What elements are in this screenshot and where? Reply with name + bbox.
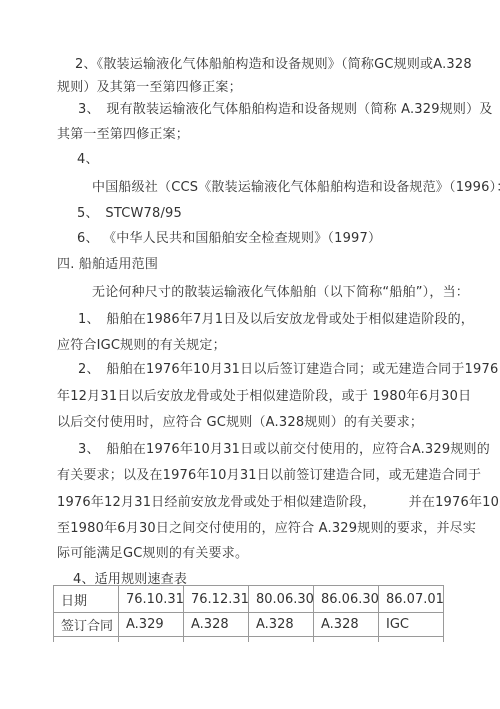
doc-line: 至1980年6月30日之间交付使用的，应符合 A.329规则的要求，并尽实 <box>57 521 476 537</box>
table-row-cutoff <box>54 637 444 643</box>
doc-line: 无论何种尺寸的散装运输液化气体船舶（以下简称“船舶”），当： <box>92 285 469 301</box>
doc-line: 中国船级社（CCS《散装运输液化气体船舶构造和设备规范》（1996）： <box>92 180 500 196</box>
table-cell <box>184 637 249 643</box>
table-cell <box>379 637 444 643</box>
doc-line: 5、 STCW78/95 <box>77 206 182 222</box>
rule-quick-reference-table: 日期 76.10.31 76.12.31 80.06.30 86.06.30 8… <box>53 585 444 642</box>
doc-line: 6、 《中华人民共和国船舶安全检查规则》（1997） <box>77 231 381 247</box>
table-cell: A.328 <box>184 613 249 637</box>
table-cell: 日期 <box>54 586 119 613</box>
table-cell: 76.12.31 <box>184 586 249 613</box>
table-cell: 86.07.01 <box>379 586 444 613</box>
document-page: 2、《散装运输液化气体船舶构造和设备规则》（简称GC规则或A.328 规则）及其… <box>0 0 500 709</box>
doc-line: 其第一至第四修正案； <box>57 127 189 143</box>
table-cell: A.328 <box>249 613 314 637</box>
table-cell <box>119 637 184 643</box>
table-row: 日期 76.10.31 76.12.31 80.06.30 86.06.30 8… <box>54 586 444 613</box>
table-cell: 80.06.30 <box>249 586 314 613</box>
table-cell: A.328 <box>314 613 379 637</box>
doc-line: 3、 现有散装运输液化气体船舶构造和设备规则（简称 A.329规则）及 <box>78 102 493 118</box>
table-cell <box>314 637 379 643</box>
doc-line: 2、 船舶在1976年10月31日以后签订建造合同；或无建造合同于1976 <box>78 362 498 378</box>
table-cell: 76.10.31 <box>119 586 184 613</box>
doc-line: 2、《散装运输液化气体船舶构造和设备规则》（简称GC规则或A.328 <box>75 57 472 73</box>
table-cell: IGC <box>379 613 444 637</box>
doc-line: 1976年12月31日经前安放龙骨或处于相似建造阶段， 并在1976年10月 <box>57 495 500 511</box>
table-cell: A.329 <box>119 613 184 637</box>
section-heading: 四. 船舶适用范围 <box>57 257 158 273</box>
doc-line: 以后交付使用时，应符合 GC规则（A.328规则）的有关要求； <box>57 415 423 431</box>
doc-line: 应符合IGC规则的有关规定； <box>57 338 226 354</box>
doc-line: 3、 船舶在1976年10月31日或以前交付使用的，应符合A.329规则的 <box>78 442 490 458</box>
table-cell: 86.06.30 <box>314 586 379 613</box>
table-row: 签订合同 A.329 A.328 A.328 A.328 IGC <box>54 613 444 637</box>
doc-line: 际可能满足GC规则的有关要求。 <box>57 546 248 562</box>
doc-line: 1、 船舶在1986年7月1日及以后安放龙骨或处于相似建造阶段的， <box>78 312 474 328</box>
doc-line: 有关要求；以及在1976年10月31日以前签订建造合同，或无建造合同于 <box>57 468 481 484</box>
table-cell: 签订合同 <box>54 613 119 637</box>
table-cell <box>54 637 119 643</box>
doc-line: 年12月31日以后安放龙骨或处于相似建造阶段，或于 1980年6月30日 <box>57 389 471 405</box>
doc-line: 规则）及其第一至第四修正案； <box>57 80 242 96</box>
table-cell <box>249 637 314 643</box>
doc-line: 4、 <box>77 152 99 168</box>
